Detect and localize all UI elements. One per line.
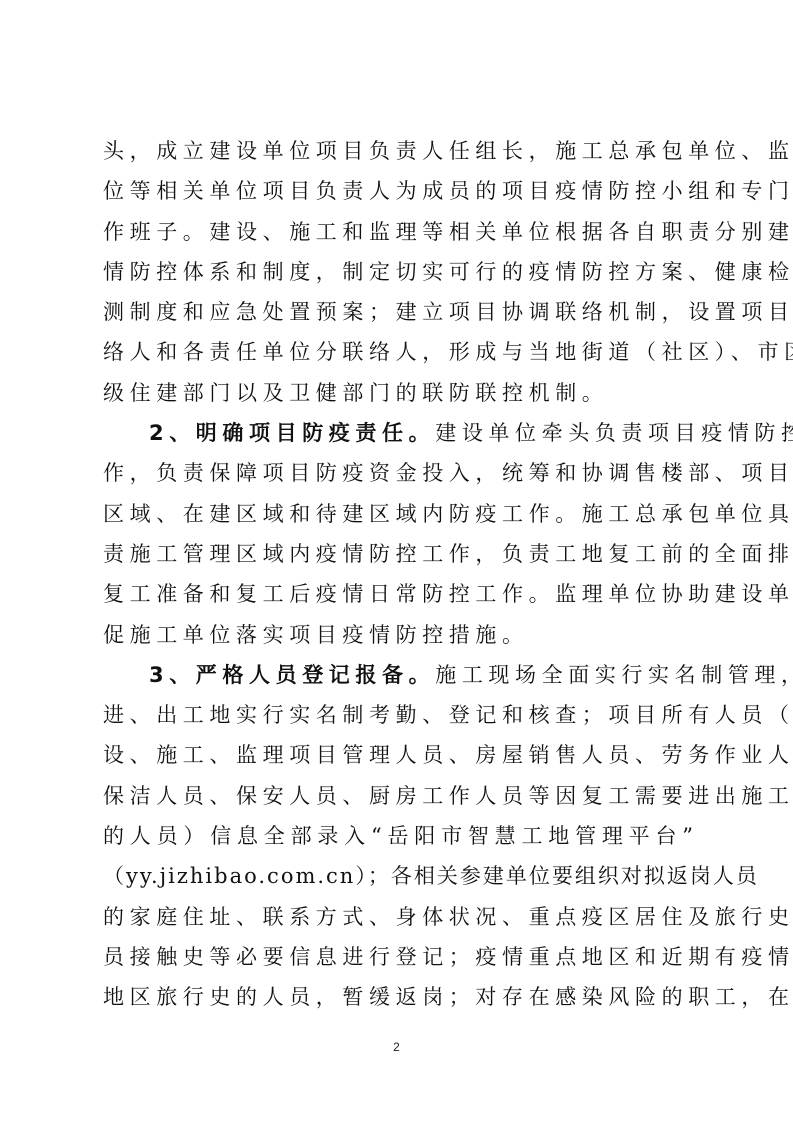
text-line: 的人员）信息全部录入“岳阳市智慧工地管理平台” bbox=[103, 816, 693, 856]
text-line: 员接触史等必要信息进行登记；疫情重点地区和近期有疫情重点 bbox=[103, 937, 693, 977]
text-line: 责施工管理区域内疫情防控工作，负责工地复工前的全面排查、 bbox=[103, 534, 693, 574]
text-line: 设、施工、监理项目管理人员、房屋销售人员、劳务作业人员、 bbox=[103, 735, 693, 775]
text-line: 保洁人员、保安人员、厨房工作人员等因复工需要进出施工现场 bbox=[103, 776, 693, 816]
text-line: 区域、在建区域和待建区域内防疫工作。施工总承包单位具体负 bbox=[103, 494, 693, 534]
page-number: 2 bbox=[0, 1040, 793, 1054]
text-line: （yy.jizhibao.com.cn）；各相关参建单位要组织对拟返岗人员 bbox=[103, 856, 693, 896]
text-line: 络人和各责任单位分联络人，形成与当地街道（社区）、市区两 bbox=[103, 332, 693, 372]
text-line: 测制度和应急处置预案；建立项目协调联络机制，设置项目总联 bbox=[103, 292, 693, 332]
text-fragment: 施工现场全面实行实名制管理，对 bbox=[435, 663, 793, 687]
paragraph-first-line: 3、严格人员登记报备。施工现场全面实行实名制管理，对 bbox=[103, 655, 693, 695]
text-line: 地区旅行史的人员，暂缓返岗；对存在感染风险的职工，在未经 bbox=[103, 977, 693, 1017]
text-line: 头，成立建设单位项目负责人任组长，施工总承包单位、监理单 bbox=[103, 131, 693, 171]
text-line: 进、出工地实行实名制考勤、登记和核查；项目所有人员（含建 bbox=[103, 695, 693, 735]
text-line: 复工准备和复工后疫情日常防控工作。监理单位协助建设单位督 bbox=[103, 574, 693, 614]
text-line: 位等相关单位项目负责人为成员的项目疫情防控小组和专门工 bbox=[103, 171, 693, 211]
text-line: 级住建部门以及卫健部门的联防联控机制。 bbox=[103, 373, 693, 413]
text-fragment: 建设单位牵头负责项目疫情防控工 bbox=[435, 421, 793, 445]
text-line: 作，负责保障项目防疫资金投入，统筹和协调售楼部、项目建成 bbox=[103, 453, 693, 493]
text-line: 情防控体系和制度，制定切实可行的疫情防控方案、健康检查监 bbox=[103, 252, 693, 292]
section-heading-3: 3、严格人员登记报备。 bbox=[149, 663, 435, 687]
text-line: 促施工单位落实项目疫情防控措施。 bbox=[103, 615, 693, 655]
paragraph-first-line: 2、明确项目防疫责任。建设单位牵头负责项目疫情防控工 bbox=[103, 413, 693, 453]
text-line: 作班子。建设、施工和监理等相关单位根据各自职责分别建立疫 bbox=[103, 212, 693, 252]
document-page: 头，成立建设单位项目负责人任组长，施工总承包单位、监理单 位等相关单位项目负责人… bbox=[0, 0, 793, 1122]
body-text: 头，成立建设单位项目负责人任组长，施工总承包单位、监理单 位等相关单位项目负责人… bbox=[103, 131, 693, 1018]
section-heading-2: 2、明确项目防疫责任。 bbox=[149, 421, 435, 445]
text-line: 的家庭住址、联系方式、身体状况、重点疫区居住及旅行史、人 bbox=[103, 897, 693, 937]
